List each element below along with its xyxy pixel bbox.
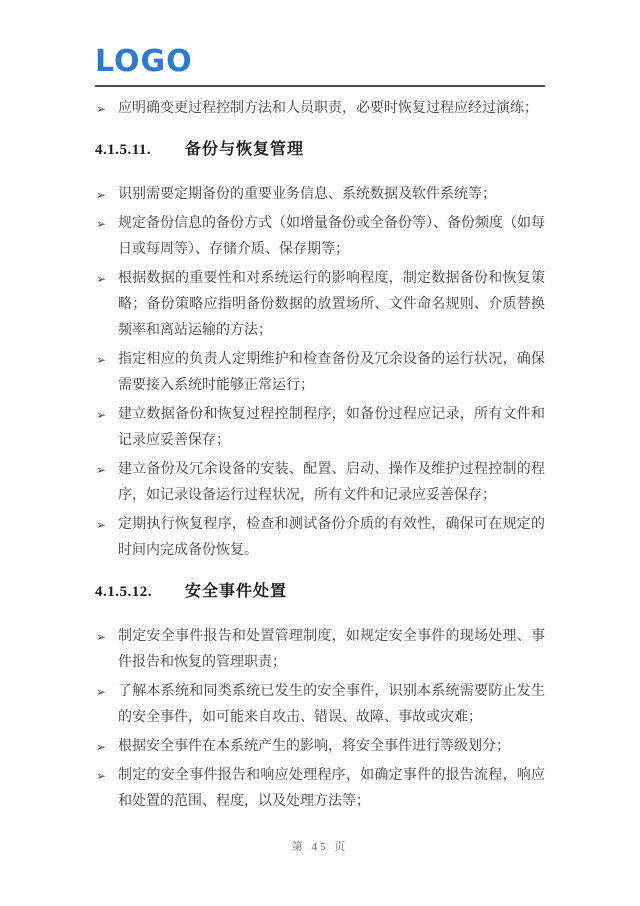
bullet-list-backup-recovery: ➢ 识别需要定期备份的重要业务信息、系统数据及软件系统等； ➢ 规定备份信息的备… (95, 182, 545, 564)
bullet-arrow-icon: ➢ (95, 512, 118, 538)
list-item: ➢ 建立数据备份和恢复过程控制程序，如备份过程应记录，所有文件和记录应妥善保存； (95, 402, 545, 454)
list-item: ➢ 制定安全事件报告和处置管理制度，如规定安全事件的现场处理、事件报告和恢复的管… (95, 624, 545, 676)
bullet-arrow-icon: ➢ (95, 734, 118, 760)
document-body: ➢ 应明确变更过程控制方法和人员职责，必要时恢复过程应经过演练； 4.1.5.1… (95, 96, 545, 815)
page-header: LOGO (0, 0, 640, 87)
document-page: LOGO ➢ 应明确变更过程控制方法和人员职责，必要时恢复过程应经过演练； 4.… (0, 0, 640, 906)
section-title: 备份与恢复管理 (185, 141, 304, 158)
header-divider (95, 85, 545, 87)
list-item: ➢ 根据安全事件在本系统产生的影响，将安全事件进行等级划分； (95, 734, 545, 760)
page-number: 第 45 页 (292, 841, 349, 853)
list-item: ➢ 指定相应的负责人定期维护和检查备份及冗余设备的运行状况，确保需要接入系统时能… (95, 347, 545, 399)
list-item-text: 制定的安全事件报告和响应处理程序，如确定事件的报告流程，响应和处置的范围、程度，… (118, 763, 545, 815)
bullet-list-incident-handling: ➢ 制定安全事件报告和处置管理制度，如规定安全事件的现场处理、事件报告和恢复的管… (95, 624, 545, 815)
list-item: ➢ 根据数据的重要性和对系统运行的影响程度，制定数据备份和恢复策略；备份策略应指… (95, 266, 545, 344)
bullet-arrow-icon: ➢ (95, 457, 118, 483)
list-item-text: 了解本系统和同类系统已发生的安全事件，识别本系统需要防止发生的安全事件，如可能来… (118, 679, 545, 731)
section-number: 4.1.5.11. (95, 139, 181, 161)
list-item-text: 识别需要定期备份的重要业务信息、系统数据及软件系统等； (118, 182, 545, 208)
section-heading-backup-recovery: 4.1.5.11. 备份与恢复管理 (95, 139, 545, 161)
bullet-arrow-icon: ➢ (95, 624, 118, 650)
list-item: ➢ 规定备份信息的备份方式（如增量备份或全备份等）、备份频度（如每日或每周等）、… (95, 211, 545, 263)
bullet-arrow-icon: ➢ (95, 763, 118, 789)
list-item: ➢ 定期执行恢复程序，检查和测试备份介质的有效性，确保可在规定的时间内完成备份恢… (95, 512, 545, 564)
list-item-text: 制定安全事件报告和处置管理制度，如规定安全事件的现场处理、事件报告和恢复的管理职… (118, 624, 545, 676)
list-item-text: 指定相应的负责人定期维护和检查备份及冗余设备的运行状况，确保需要接入系统时能够正… (118, 347, 545, 399)
bullet-arrow-icon: ➢ (95, 266, 118, 292)
list-item-text: 根据数据的重要性和对系统运行的影响程度，制定数据备份和恢复策略；备份策略应指明备… (118, 266, 545, 344)
list-item: ➢ 建立备份及冗余设备的安装、配置、启动、操作及维护过程控制的程序，如记录设备运… (95, 457, 545, 509)
list-item-text: 建立备份及冗余设备的安装、配置、启动、操作及维护过程控制的程序，如记录设备运行过… (118, 457, 545, 509)
bullet-arrow-icon: ➢ (95, 679, 118, 705)
list-item-text: 建立数据备份和恢复过程控制程序，如备份过程应记录，所有文件和记录应妥善保存； (118, 402, 545, 454)
list-item-text: 规定备份信息的备份方式（如增量备份或全备份等）、备份频度（如每日或每周等）、存储… (118, 211, 545, 263)
bullet-arrow-icon: ➢ (95, 96, 118, 122)
list-item: ➢ 制定的安全事件报告和响应处理程序，如确定事件的报告流程，响应和处置的范围、程… (95, 763, 545, 815)
page-footer: 第 45 页 (0, 838, 640, 854)
list-item: ➢ 应明确变更过程控制方法和人员职责，必要时恢复过程应经过演练； (95, 96, 545, 122)
section-heading-incident-handling: 4.1.5.12. 安全事件处置 (95, 581, 545, 603)
bullet-arrow-icon: ➢ (95, 211, 118, 237)
logo: LOGO (95, 46, 545, 78)
list-item-text: 根据安全事件在本系统产生的影响，将安全事件进行等级划分； (118, 734, 545, 760)
list-item-text: 定期执行恢复程序，检查和测试备份介质的有效性，确保可在规定的时间内完成备份恢复。 (118, 512, 545, 564)
section-number: 4.1.5.12. (95, 581, 181, 603)
section-title: 安全事件处置 (185, 583, 287, 600)
list-item: ➢ 识别需要定期备份的重要业务信息、系统数据及软件系统等； (95, 182, 545, 208)
bullet-arrow-icon: ➢ (95, 347, 118, 373)
bullet-arrow-icon: ➢ (95, 182, 118, 208)
bullet-arrow-icon: ➢ (95, 402, 118, 428)
list-item-text: 应明确变更过程控制方法和人员职责，必要时恢复过程应经过演练； (118, 96, 545, 122)
list-item: ➢ 了解本系统和同类系统已发生的安全事件，识别本系统需要防止发生的安全事件，如可… (95, 679, 545, 731)
